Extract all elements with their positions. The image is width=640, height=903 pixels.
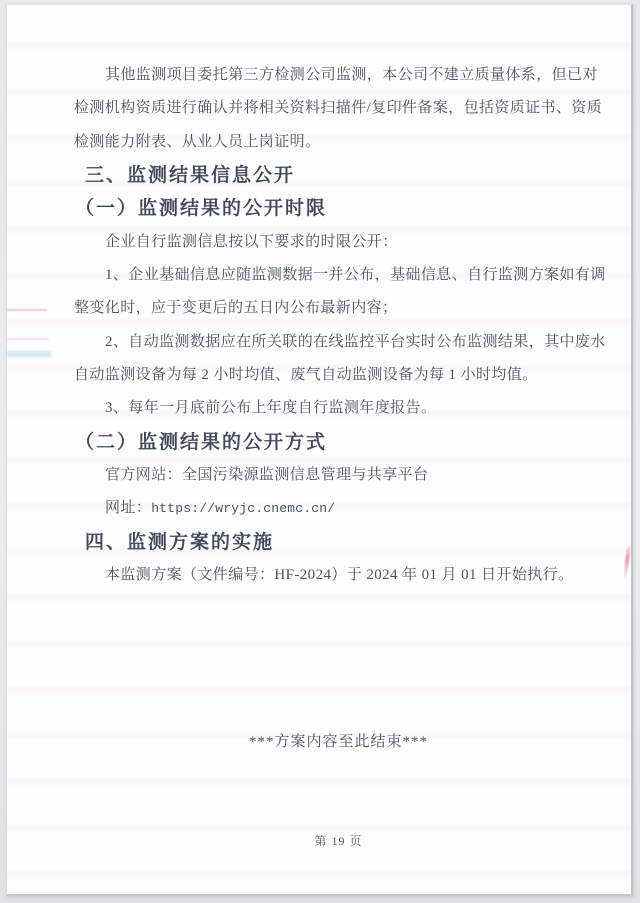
paragraph-item-2-line1: 2、自动监测数据应在所关联的在线监控平台实时公布监测结果，其中废水 xyxy=(74,326,603,359)
end-of-plan-marker: ***方案内容至此结束*** xyxy=(74,726,603,759)
blank-space xyxy=(74,759,603,825)
document-content: 其他监测项目委托第三方检测公司监测，本公司不建立质量体系，但已对 检测机构资质进… xyxy=(7,5,631,858)
subheading-3-1-disclosure-time: （一）监测结果的公开时限 xyxy=(75,192,603,225)
paragraph-item-2-line2: 自动监测设备为每 2 小时均值、废气自动监测设备为每 1 小时均值。 xyxy=(74,359,603,392)
subheading-3-2-disclosure-method: （二）监测结果的公开方式 xyxy=(75,426,603,459)
paragraph-official-website: 官方网站：全国污染源监测信息管理与共享平台 xyxy=(74,459,603,492)
paragraph-item-1-line2: 整变化时，应于变更后的五日内公布最新内容； xyxy=(74,292,603,325)
paragraph-website-url: 网址：https://wryjc.cnemc.cn/ xyxy=(74,492,603,525)
heading-section-4: 四、监测方案的实施 xyxy=(85,526,603,559)
paragraph-disclosure-intro: 企业自行监测信息按以下要求的时限公开： xyxy=(74,226,603,259)
blank-space xyxy=(74,593,603,726)
paragraph-third-party-line3: 检测能力附表、从业人员上岗证明。 xyxy=(74,126,603,159)
url-label: 网址： xyxy=(105,500,151,516)
heading-section-3: 三、监测结果信息公开 xyxy=(85,159,603,192)
paragraph-item-3: 3、每年一月底前公布上年度自行监测年度报告。 xyxy=(74,392,603,425)
paragraph-third-party-line1: 其他监测项目委托第三方检测公司监测，本公司不建立质量体系，但已对 xyxy=(74,59,603,92)
page-number: 第 19 页 xyxy=(74,825,603,858)
scan-backdrop: 其他监测项目委托第三方检测公司监测，本公司不建立质量体系，但已对 检测机构资质进… xyxy=(0,0,640,903)
document-page: 其他监测项目委托第三方检测公司监测，本公司不建立质量体系，但已对 检测机构资质进… xyxy=(6,4,633,896)
paragraph-implementation: 本监测方案（文件编号：HF-2024）于 2024 年 01 月 01 日开始执… xyxy=(74,559,603,592)
url-value: https://wryjc.cnemc.cn/ xyxy=(151,501,335,516)
paragraph-third-party-line2: 检测机构资质进行确认并将相关资料扫描件/复印件备案，包括资质证书、资质 xyxy=(74,92,603,125)
paragraph-item-1-line1: 1、企业基础信息应随监测数据一并公布，基础信息、自行监测方案如有调 xyxy=(74,259,603,292)
